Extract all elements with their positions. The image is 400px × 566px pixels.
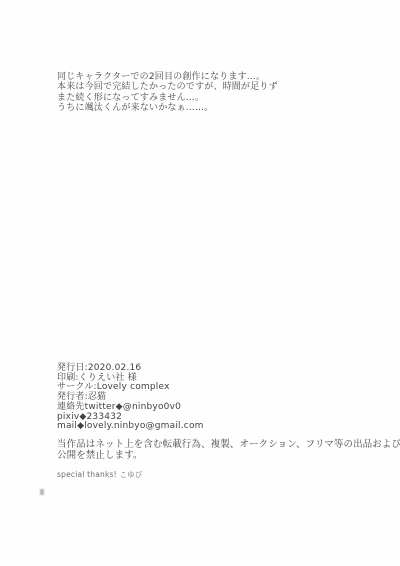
afterword-text: 同じキャラクターでの2回目の創作になります…。 本来は今回で完結したかったのです… xyxy=(57,72,278,114)
afterword-line: 本来は今回で完結したかったのですが、時間が足りず xyxy=(57,82,278,92)
afterword-line: 同じキャラクターでの2回目の創作になります…。 xyxy=(57,72,278,82)
afterword-line: うちに颯汰くんが来ないかなぁ……。 xyxy=(57,103,278,113)
reproduction-disclaimer: 当作品はネット上を含む転載行為、複製、オークション、フリマ等の出品および 公開を… xyxy=(57,440,400,461)
colophon-page: 同じキャラクターでの2回目の創作になります…。 本来は今回で完結したかったのです… xyxy=(0,0,400,566)
special-thanks: special thanks! こゆび xyxy=(57,469,143,480)
page-number-mark xyxy=(40,489,44,495)
disclaimer-line: 公開を禁止します。 xyxy=(57,451,400,462)
colophon-info: 発行日:2020.02.16 印刷:くりえい社 様 サークル:Lovely co… xyxy=(57,364,204,432)
afterword-line: また続く形になってすみません…。 xyxy=(57,93,278,103)
disclaimer-line: 当作品はネット上を含む転載行為、複製、オークション、フリマ等の出品および xyxy=(57,440,400,451)
mail-address: mail◆lovely.ninbyo@gmail.com xyxy=(57,422,204,432)
